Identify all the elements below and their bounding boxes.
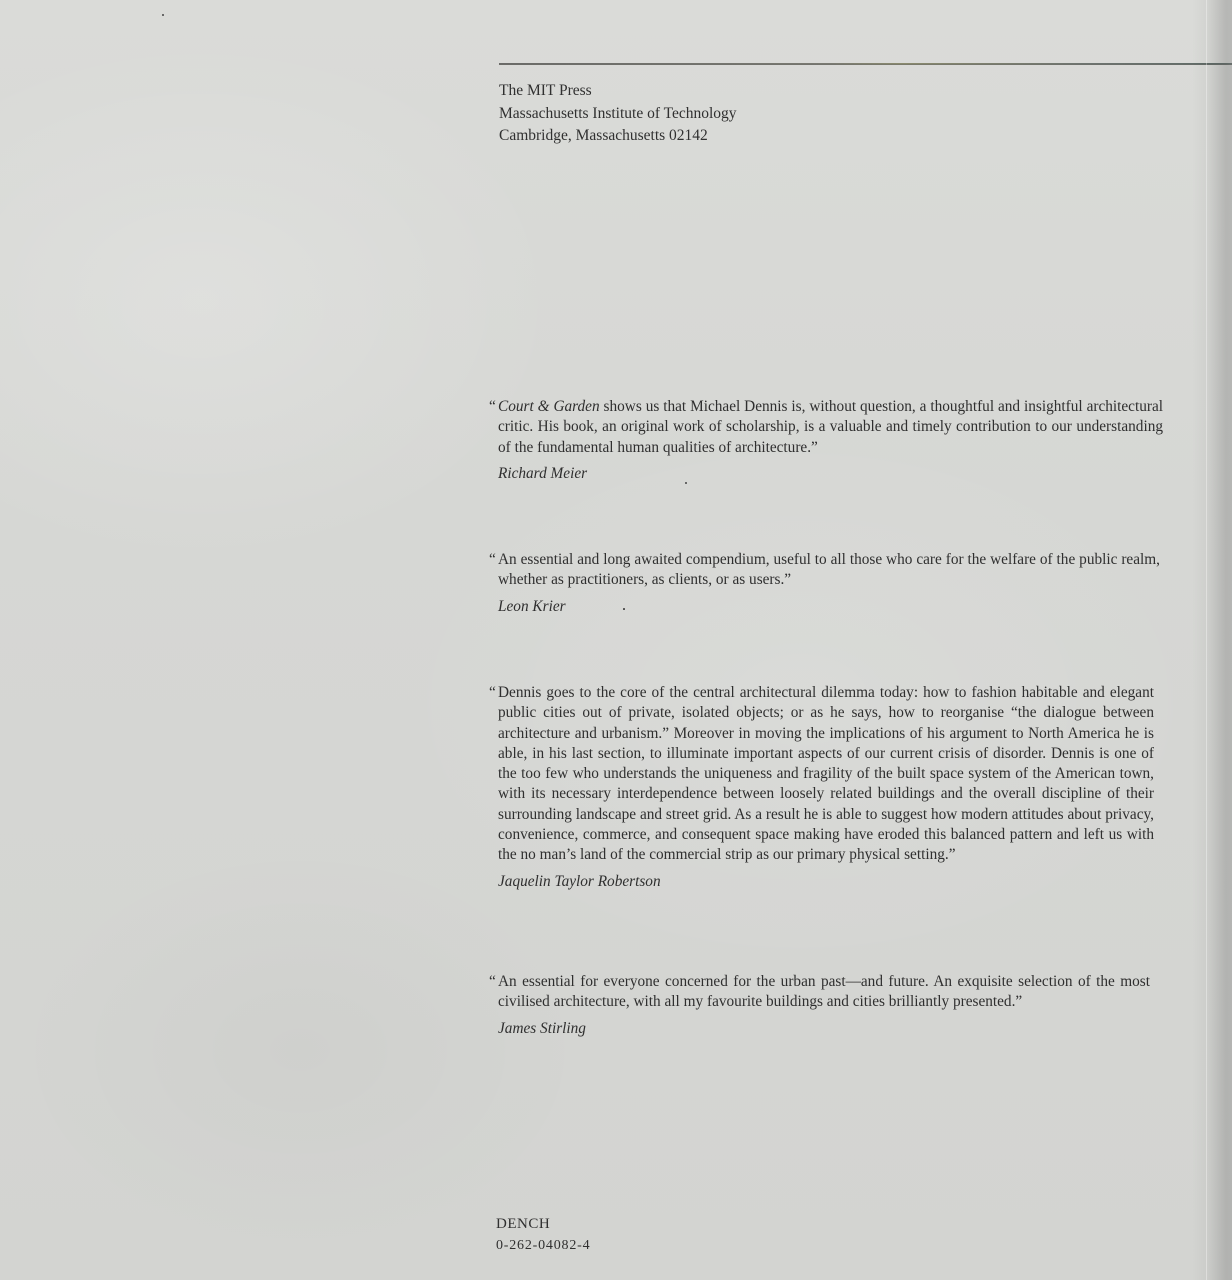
blurb-text: “Court & Garden shows us that Michael De… — [498, 397, 1163, 458]
opening-quote-mark: “ — [489, 397, 496, 417]
opening-quote-mark: “ — [489, 972, 496, 992]
jacket-edge-shadow — [1192, 0, 1232, 1280]
book-title: Court & Garden — [498, 398, 600, 415]
horizontal-rule — [499, 63, 1232, 65]
blurb-text: “An essential for everyone concerned for… — [498, 972, 1150, 1013]
blurb-body: An essential for everyone concerned for … — [498, 973, 1150, 1010]
isbn: 0-262-04082-4 — [496, 1235, 590, 1257]
publisher-block: The MIT Press Massachusetts Institute of… — [499, 80, 737, 148]
publisher-name: The MIT Press — [499, 80, 737, 103]
blurb-author: James Stirling — [498, 1019, 1150, 1039]
blurb-author: Jaquelin Taylor Robertson — [498, 872, 1154, 892]
blurb-author: Richard Meier — [498, 464, 1163, 484]
opening-quote-mark: “ — [489, 550, 496, 570]
blurb-body: Dennis goes to the core of the central a… — [498, 684, 1154, 863]
blurb-body: An essential and long awaited compendium… — [498, 551, 1160, 588]
blurb-text: “Dennis goes to the core of the central … — [498, 683, 1154, 866]
blurb-jaquelin-taylor-robertson: “Dennis goes to the core of the central … — [498, 683, 1154, 892]
blurb-james-stirling: “An essential for everyone concerned for… — [498, 972, 1150, 1039]
publisher-institution: Massachusetts Institute of Technology — [499, 103, 737, 126]
footer-block: DENCH 0-262-04082-4 — [496, 1213, 590, 1257]
jacket-paper-background — [0, 0, 1232, 1280]
blurb-leon-krier: “An essential and long awaited compendiu… — [498, 550, 1160, 617]
blurb-author: Leon Krier — [498, 597, 1160, 617]
publisher-address: Cambridge, Massachusetts 02142 — [499, 125, 737, 148]
author-code: DENCH — [496, 1213, 590, 1235]
blurb-text: “An essential and long awaited compendiu… — [498, 550, 1160, 591]
opening-quote-mark: “ — [489, 683, 496, 703]
dust-speck — [162, 14, 164, 16]
blurb-richard-meier: “Court & Garden shows us that Michael De… — [498, 397, 1163, 484]
